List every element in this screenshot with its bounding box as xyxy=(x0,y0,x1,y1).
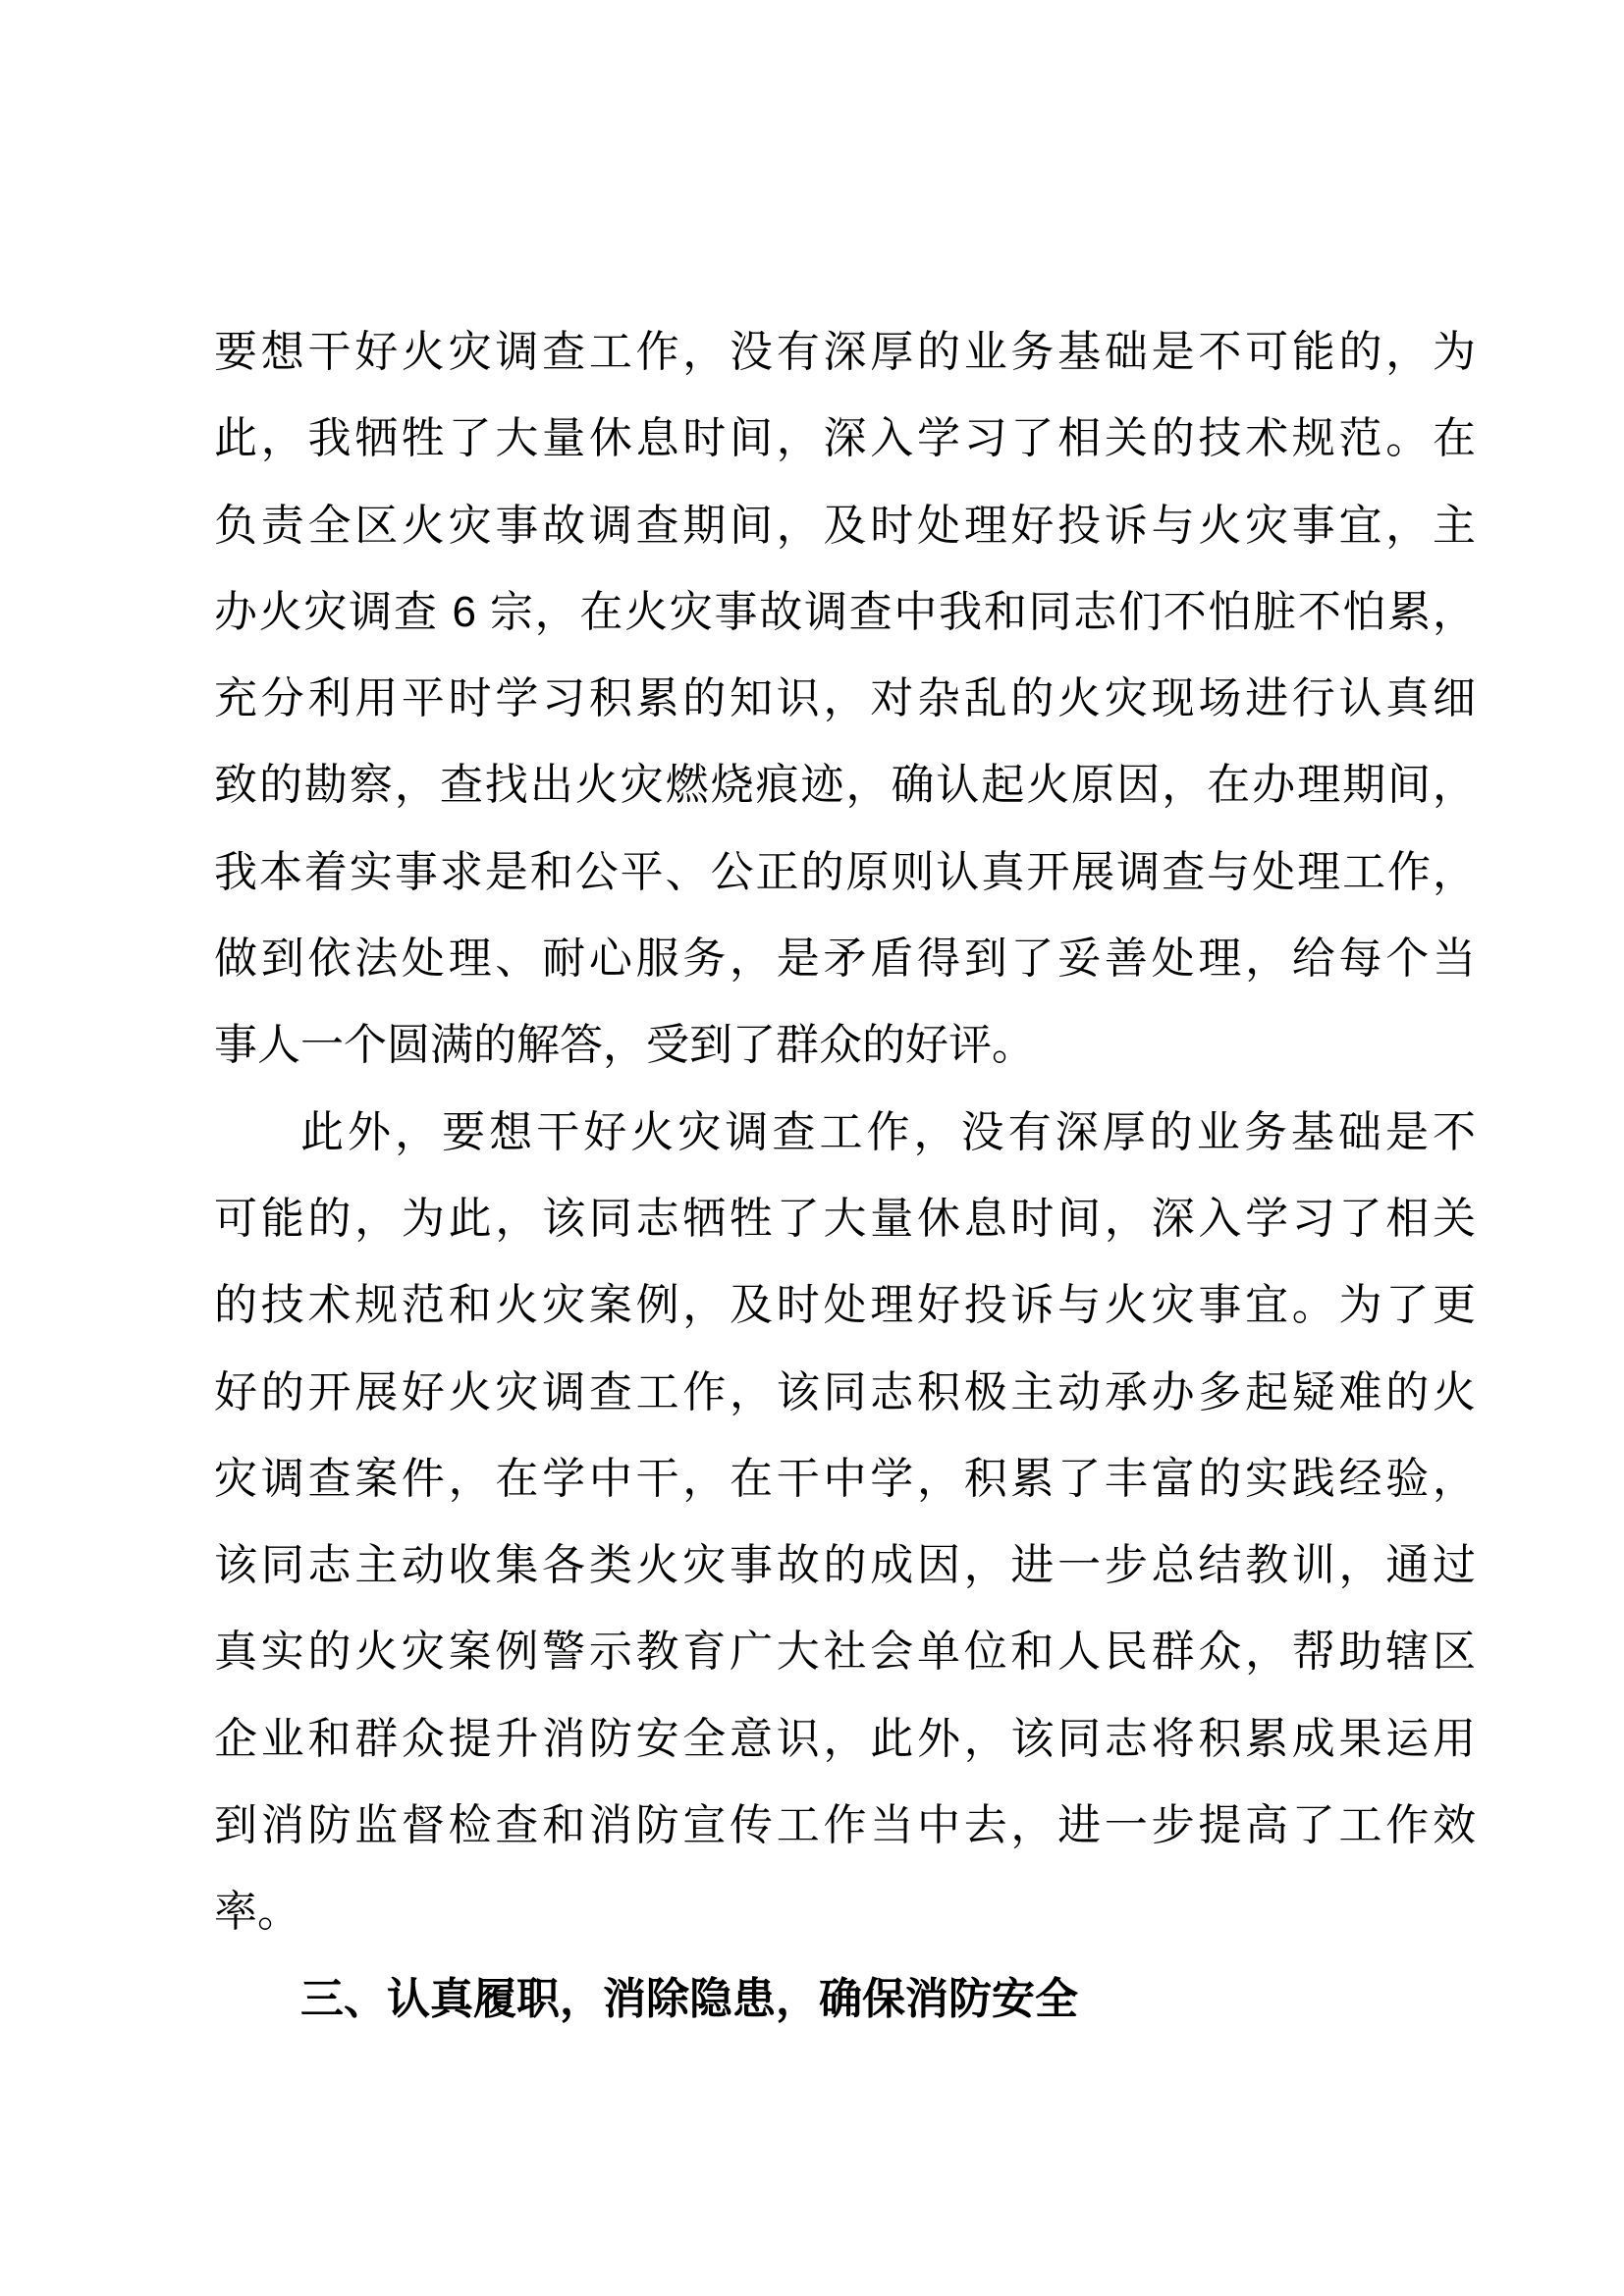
text-line: 办火灾调查 6 宗，在火灾事故调查中我和同志们不怕脏不怕累， xyxy=(214,569,1476,656)
text-line: 率。 xyxy=(214,1869,1476,1955)
paragraph-1: 要想干好火灾调查工作，没有深厚的业务基础是不可能的，为此，我牺牲了大量休息时间，… xyxy=(214,309,1476,1090)
text-line: 我本着实事求是和公平、公正的原则认真开展调查与处理工作， xyxy=(214,829,1476,916)
text-line: 此外，要想干好火灾调查工作，没有深厚的业务基础是不 xyxy=(214,1090,1476,1176)
paragraph-2: 此外，要想干好火灾调查工作，没有深厚的业务基础是不可能的，为此，该同志牺牲了大量… xyxy=(214,1090,1476,1956)
text-line: 充分利用平时学习积累的知识，对杂乱的火灾现场进行认真细 xyxy=(214,656,1476,742)
text-line: 此，我牺牲了大量休息时间，深入学习了相关的技术规范。在 xyxy=(214,396,1476,482)
text-line: 事人一个圆满的解答，受到了群众的好评。 xyxy=(214,1002,1476,1089)
text-line: 灾调查案件，在学中干，在干中学，积累了丰富的实践经验， xyxy=(214,1436,1476,1522)
heading-line: 三、认真履职，消除隐患，确保消防安全 xyxy=(214,1956,1476,2043)
text-line: 好的开展好火灾调查工作，该同志积极主动承办多起疑难的火 xyxy=(214,1350,1476,1436)
text-line: 到消防监督检查和消防宣传工作当中去，进一步提高了工作效 xyxy=(214,1783,1476,1869)
text-line: 可能的，为此，该同志牺牲了大量休息时间，深入学习了相关 xyxy=(214,1176,1476,1262)
text-line: 做到依法处理、耐心服务，是矛盾得到了妥善处理，给每个当 xyxy=(214,916,1476,1002)
document-page: 要想干好火灾调查工作，没有深厚的业务基础是不可能的，为此，我牺牲了大量休息时间，… xyxy=(0,0,1624,2296)
text-line: 负责全区火灾事故调查期间，及时处理好投诉与火灾事宜，主 xyxy=(214,483,1476,569)
text-line: 企业和群众提升消防安全意识，此外，该同志将积累成果运用 xyxy=(214,1696,1476,1783)
text-line: 要想干好火灾调查工作，没有深厚的业务基础是不可能的，为 xyxy=(214,309,1476,396)
text-line: 致的勘察，查找出火灾燃烧痕迹，确认起火原因，在办理期间， xyxy=(214,742,1476,828)
text-line: 该同志主动收集各类火灾事故的成因，进一步总结教训，通过 xyxy=(214,1522,1476,1609)
section-heading: 三、认真履职，消除隐患，确保消防安全 xyxy=(214,1956,1476,2043)
text-line: 的技术规范和火灾案例，及时处理好投诉与火灾事宜。为了更 xyxy=(214,1262,1476,1349)
text-line: 真实的火灾案例警示教育广大社会单位和人民群众，帮助辖区 xyxy=(214,1609,1476,1695)
document-text-block: 要想干好火灾调查工作，没有深厚的业务基础是不可能的，为此，我牺牲了大量休息时间，… xyxy=(214,309,1476,2043)
